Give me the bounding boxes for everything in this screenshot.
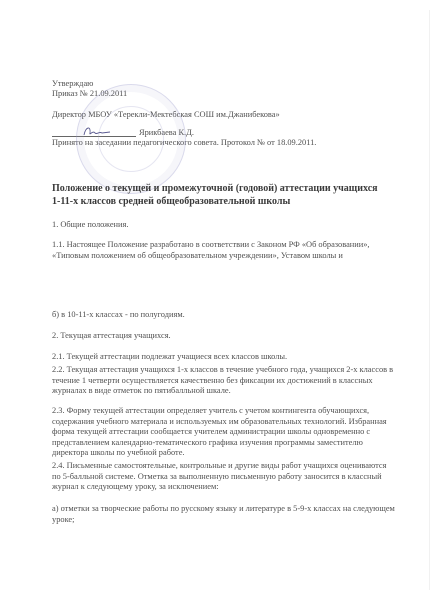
scanned-document-page: Утверждаю Приказ № 21.09.2011 Директор М… <box>0 0 436 600</box>
approval-label: Утверждаю <box>52 79 93 89</box>
paragraph-2-1: 2.1. Текущей аттестации подлежат учащиес… <box>52 352 287 362</box>
paragraph-2-4: 2.4. Письменные самостоятельные, контрол… <box>52 461 397 493</box>
signature-icon <box>82 124 112 138</box>
paragraph-2-2: 2.2. Текущая аттестация учащихся 1-х кла… <box>52 365 397 397</box>
signatory-name: Ярикбаева К.Д. <box>139 128 194 138</box>
section-1-heading: 1. Общие положения. <box>52 220 128 230</box>
order-number: Приказ № 21.09.2011 <box>52 89 127 99</box>
paragraph-2-3: 2.3. Форму текущей аттестации определяет… <box>52 406 397 459</box>
document-title-line2: 1-11-х классов средней общеобразовательн… <box>52 195 402 208</box>
director-line: Директор МБОУ «Терекли-Мектебская СОШ им… <box>52 110 280 120</box>
scan-edge <box>429 10 430 590</box>
document-title-line1: Положение о текущей и промежуточной (год… <box>52 182 402 195</box>
council-acceptance: Принято на заседании педагогического сов… <box>52 138 316 148</box>
section-2-heading: 2. Текущая аттестация учащихся. <box>52 331 171 341</box>
item-b: б) в 10-11-х классах - по полугодиям. <box>52 310 185 320</box>
paragraph-1-1: 1.1. Настоящее Положение разработано в с… <box>52 240 397 261</box>
item-a: а) отметки за творческие работы по русск… <box>52 504 397 525</box>
